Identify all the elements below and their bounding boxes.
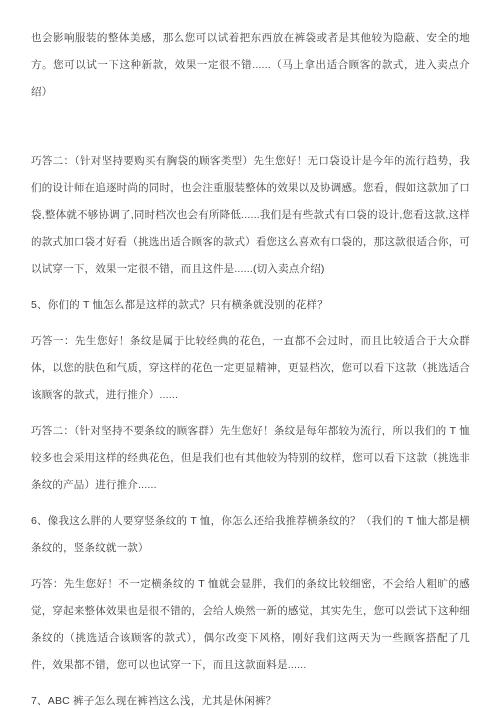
paragraph-answer-continuation: 也会影响服装的整体美感，那么您可以试着把东西放在裤袋或者是其他较为隐蔽、安全的地… [31,25,470,106]
paragraph-answer-1-stripes: 巧答一：先生您好！条纹是属于比较经典的花色，一直都不会过时，而且比较适合于大众群… [31,328,470,409]
paragraph-question-7: 7、ABC 裤子怎么现在裤裆这么浅，尤其是休闲裤？ [31,688,470,708]
paragraph-answer-2-stripes: 巧答二：（针对坚持不要条纹的顾客群）先生您好！条纹是每年都较为流行，所以我们的 … [31,418,470,499]
document-text-block: 也会影响服装的整体美感，那么您可以试着把东西放在裤袋或者是其他较为隐蔽、安全的地… [31,25,470,708]
paragraph-question-6: 6、像我这么胖的人要穿竖条纹的 T 恤，你怎么还给我推荐横条纹的？（我们的 T … [31,508,470,562]
paragraph-question-5: 5、你们的 T 恤怎么都是这样的款式？只有横条就没别的花样？ [31,292,470,319]
paragraph-answer-6: 巧答：先生您好！不一定横条纹的 T 恤就会显胖，我们的条纹比较细密，不会给人粗旷… [31,571,470,679]
document-page: 也会影响服装的整体美感，那么您可以试着把东西放在裤袋或者是其他较为隐蔽、安全的地… [0,0,500,708]
paragraph-answer-2-pockets: 巧答二：（针对坚持要购买有胸袋的顾客类型）先生您好！无口袋设计是今年的流行趋势，… [31,148,470,283]
